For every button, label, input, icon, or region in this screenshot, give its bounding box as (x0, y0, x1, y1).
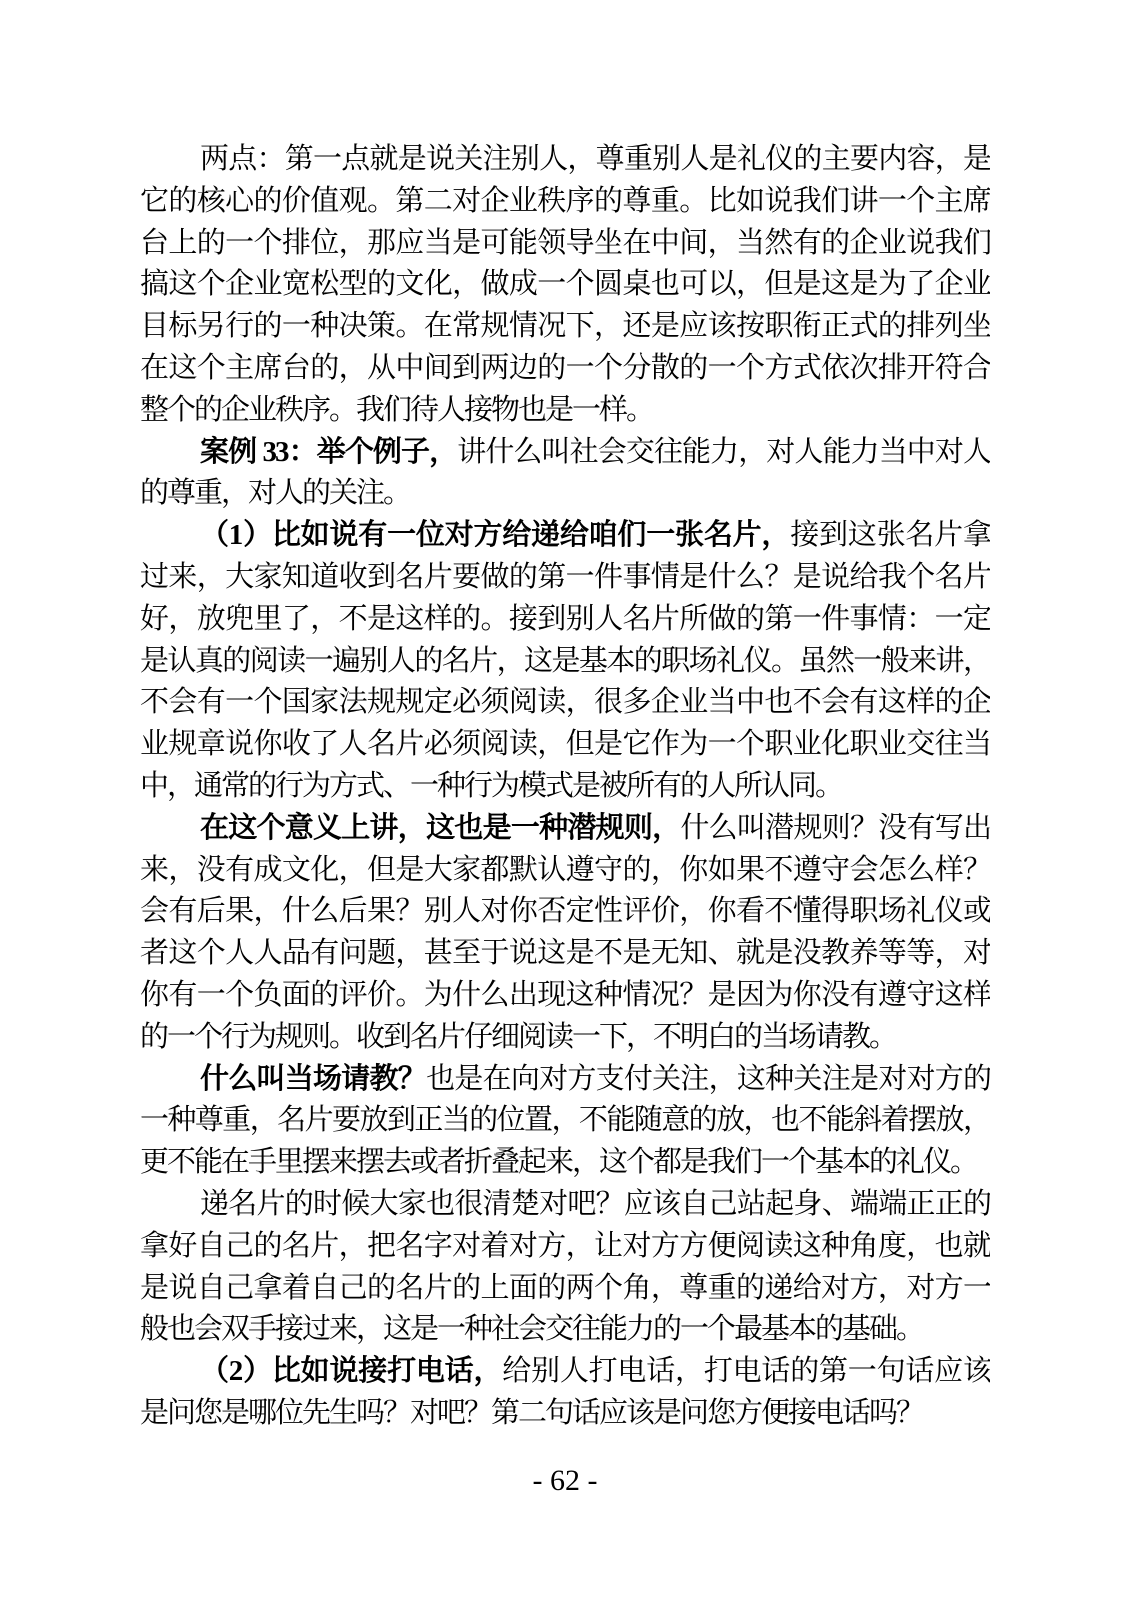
text-run: 你有一个负面的评价。为什么出现这种情况？是因为你没有遵守这样 (140, 979, 990, 1011)
text-line: （1）比如说有一位对方给递给咱们一张名片，接到这张名片拿 (140, 515, 990, 557)
text-line: 搞这个企业宽松型的文化，做成一个圆桌也可以，但是这是为了企业 (140, 264, 990, 306)
text-run: 什么叫潜规则？没有写出 (680, 812, 990, 844)
bold-text-run: 在这个意义上讲，这也是一种潜规则， (200, 812, 680, 844)
text-run: 接到这张名片拿 (790, 519, 990, 551)
text-line: 是问您是哪位先生吗？对吧？第二句话应该是问您方便接电话吗？ (140, 1393, 990, 1435)
text-run: 业规章说你收了人名片必须阅读，但是它作为一个职业化职业交往当 (140, 728, 990, 760)
text-line: （2）比如说接打电话，给别人打电话，打电话的第一句话应该 (140, 1351, 990, 1393)
text-run: 般也会双手接过来，这是一种社会交往能力的一个最基本的基础。 (140, 1313, 923, 1345)
text-line: 案例 33：举个例子，讲什么叫社会交往能力，对人能力当中对人 (140, 432, 990, 474)
text-run: 过来，大家知道收到名片要做的第一件事情是什么？是说给我个名片 (140, 561, 990, 593)
text-line: 目标另行的一种决策。在常规情况下，还是应该按职衔正式的排列坐 (140, 306, 990, 348)
text-run: 一种尊重，名片要放到正当的位置，不能随意的放，也不能斜着摆放， (140, 1104, 990, 1136)
text-line: 过来，大家知道收到名片要做的第一件事情是什么？是说给我个名片 (140, 557, 990, 599)
text-line: 业规章说你收了人名片必须阅读，但是它作为一个职业化职业交往当 (140, 724, 990, 766)
text-line: 递名片的时候大家也很清楚对吧？应该自己站起身、端端正正的 (140, 1184, 990, 1226)
document-body: 两点：第一点就是说关注别人，尊重别人是礼仪的主要内容，是它的核心的价值观。第二对… (140, 139, 990, 1435)
text-run: 讲什么叫社会交往能力，对人能力当中对人 (457, 436, 990, 468)
text-run: 拿好自己的名片，把名字对着对方，让对方方便阅读这种角度，也就 (140, 1230, 990, 1262)
text-run: 来，没有成文化，但是大家都默认遵守的，你如果不遵守会怎么样？ (140, 854, 990, 886)
text-line: 来，没有成文化，但是大家都默认遵守的，你如果不遵守会怎么样？ (140, 850, 990, 892)
text-run: 是认真的阅读一遍别人的名片，这是基本的职场礼仪。虽然一般来讲， (140, 645, 990, 677)
text-line: 是说自己拿着自己的名片的上面的两个角，尊重的递给对方，对方一 (140, 1268, 990, 1310)
text-line: 你有一个负面的评价。为什么出现这种情况？是因为你没有遵守这样 (140, 975, 990, 1017)
text-line: 拿好自己的名片，把名字对着对方，让对方方便阅读这种角度，也就 (140, 1226, 990, 1268)
text-line: 不会有一个国家法规规定必须阅读，很多企业当中也不会有这样的企 (140, 682, 990, 724)
text-run: 是说自己拿着自己的名片的上面的两个角，尊重的递给对方，对方一 (140, 1272, 990, 1304)
page-number: - 62 - (140, 1464, 990, 1498)
text-line: 的一个行为规则。收到名片仔细阅读一下，不明白的当场请教。 (140, 1017, 990, 1059)
text-run: 台上的一个排位，那应当是可能领导坐在中间，当然有的企业说我们 (140, 227, 990, 259)
text-line: 是认真的阅读一遍别人的名片，这是基本的职场礼仪。虽然一般来讲， (140, 641, 990, 683)
text-line: 会有后果，什么后果？别人对你否定性评价，你看不懂得职场礼仪或 (140, 891, 990, 933)
text-line: 中，通常的行为方式、一种行为模式是被所有的人所认同。 (140, 766, 990, 808)
text-run: 中，通常的行为方式、一种行为模式是被所有的人所认同。 (140, 770, 842, 802)
text-run: 递名片的时候大家也很清楚对吧？应该自己站起身、端端正正的 (200, 1188, 990, 1220)
bold-text-run: （1）比如说有一位对方给递给咱们一张名片， (200, 519, 790, 551)
text-run: 整个的企业秩序。我们待人接物也是一样。 (140, 394, 653, 426)
text-line: 的尊重，对人的关注。 (140, 473, 990, 515)
text-line: 者这个人人品有问题，甚至于说这是不是无知、就是没教养等等，对 (140, 933, 990, 975)
text-line: 在这个主席台的，从中间到两边的一个分散的一个方式依次排开符合 (140, 348, 990, 390)
text-run: 者这个人人品有问题，甚至于说这是不是无知、就是没教养等等，对 (140, 937, 990, 969)
text-line: 什么叫当场请教？也是在向对方支付关注，这种关注是对对方的 (140, 1059, 990, 1101)
bold-text-run: （2）比如说接打电话， (200, 1355, 502, 1387)
text-line: 它的核心的价值观。第二对企业秩序的尊重。比如说我们讲一个主席 (140, 181, 990, 223)
text-run: 的一个行为规则。收到名片仔细阅读一下，不明白的当场请教。 (140, 1021, 896, 1053)
text-run: 好，放兜里了，不是这样的。接到别人名片所做的第一件事情：一定 (140, 603, 990, 635)
text-line: 台上的一个排位，那应当是可能领导坐在中间，当然有的企业说我们 (140, 223, 990, 265)
text-run: 两点：第一点就是说关注别人，尊重别人是礼仪的主要内容，是 (200, 143, 990, 175)
bold-text-run: 案例 33：举个例子， (200, 436, 457, 468)
text-run: 在这个主席台的，从中间到两边的一个分散的一个方式依次排开符合 (140, 352, 990, 384)
text-run: 会有后果，什么后果？别人对你否定性评价，你看不懂得职场礼仪或 (140, 895, 990, 927)
text-run: 更不能在手里摆来摆去或者折叠起来，这个都是我们一个基本的礼仪。 (140, 1146, 977, 1178)
text-line: 好，放兜里了，不是这样的。接到别人名片所做的第一件事情：一定 (140, 599, 990, 641)
text-run: 不会有一个国家法规规定必须阅读，很多企业当中也不会有这样的企 (140, 686, 990, 718)
text-run: 给别人打电话，打电话的第一句话应该 (502, 1355, 990, 1387)
bold-text-run: 什么叫当场请教？ (200, 1063, 426, 1095)
text-line: 更不能在手里摆来摆去或者折叠起来，这个都是我们一个基本的礼仪。 (140, 1142, 990, 1184)
document-page: 两点：第一点就是说关注别人，尊重别人是礼仪的主要内容，是它的核心的价值观。第二对… (0, 0, 1131, 1600)
text-run: 也是在向对方支付关注，这种关注是对对方的 (426, 1063, 990, 1095)
text-run: 是问您是哪位先生吗？对吧？第二句话应该是问您方便接电话吗？ (140, 1397, 923, 1429)
text-run: 它的核心的价值观。第二对企业秩序的尊重。比如说我们讲一个主席 (140, 185, 990, 217)
text-line: 两点：第一点就是说关注别人，尊重别人是礼仪的主要内容，是 (140, 139, 990, 181)
text-line: 般也会双手接过来，这是一种社会交往能力的一个最基本的基础。 (140, 1309, 990, 1351)
text-line: 在这个意义上讲，这也是一种潜规则，什么叫潜规则？没有写出 (140, 808, 990, 850)
text-run: 的尊重，对人的关注。 (140, 477, 410, 509)
text-run: 搞这个企业宽松型的文化，做成一个圆桌也可以，但是这是为了企业 (140, 268, 990, 300)
text-line: 一种尊重，名片要放到正当的位置，不能随意的放，也不能斜着摆放， (140, 1100, 990, 1142)
text-run: 目标另行的一种决策。在常规情况下，还是应该按职衔正式的排列坐 (140, 310, 990, 342)
text-line: 整个的企业秩序。我们待人接物也是一样。 (140, 390, 990, 432)
